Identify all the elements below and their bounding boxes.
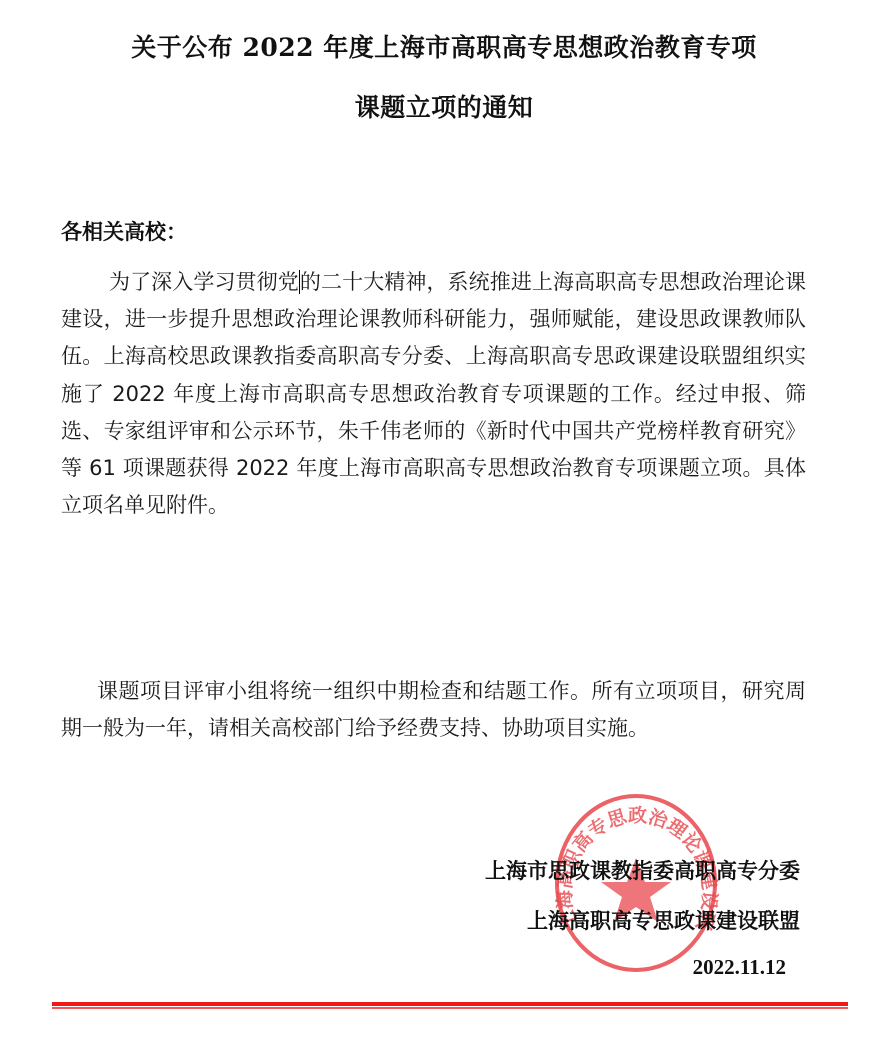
red-divider-thick <box>52 1002 848 1006</box>
signature-org-2: 上海高职高专思政课建设联盟 <box>527 905 800 935</box>
paragraph-text-before-cursor: 为了深入学习贯彻党 <box>109 270 299 294</box>
paragraph-text-after-cursor: 的二十大精神，系统推进上海高职高专思想政治理论课建设，进一步提升思想政治理论课教… <box>61 270 806 517</box>
document-title-line-1: 关于公布 2022 年度上海市高职高专思想政治教育专项 <box>0 28 888 64</box>
red-divider-thin <box>52 1007 848 1009</box>
signature-org-1: 上海市思政课教指委高职高专分委 <box>485 855 800 885</box>
body-paragraph-2[interactable]: 课题项目评审小组将统一组织中期检查和结题工作。所有立项项目，研究周期一般为一年，… <box>61 673 806 747</box>
document-title-line-2: 课题立项的通知 <box>0 88 888 124</box>
signature-date: 2022.11.12 <box>693 955 786 980</box>
salutation: 各相关高校： <box>61 216 187 246</box>
body-paragraph-1[interactable]: 为了深入学习贯彻党的二十大精神，系统推进上海高职高专思想政治理论课建设，进一步提… <box>61 264 806 524</box>
